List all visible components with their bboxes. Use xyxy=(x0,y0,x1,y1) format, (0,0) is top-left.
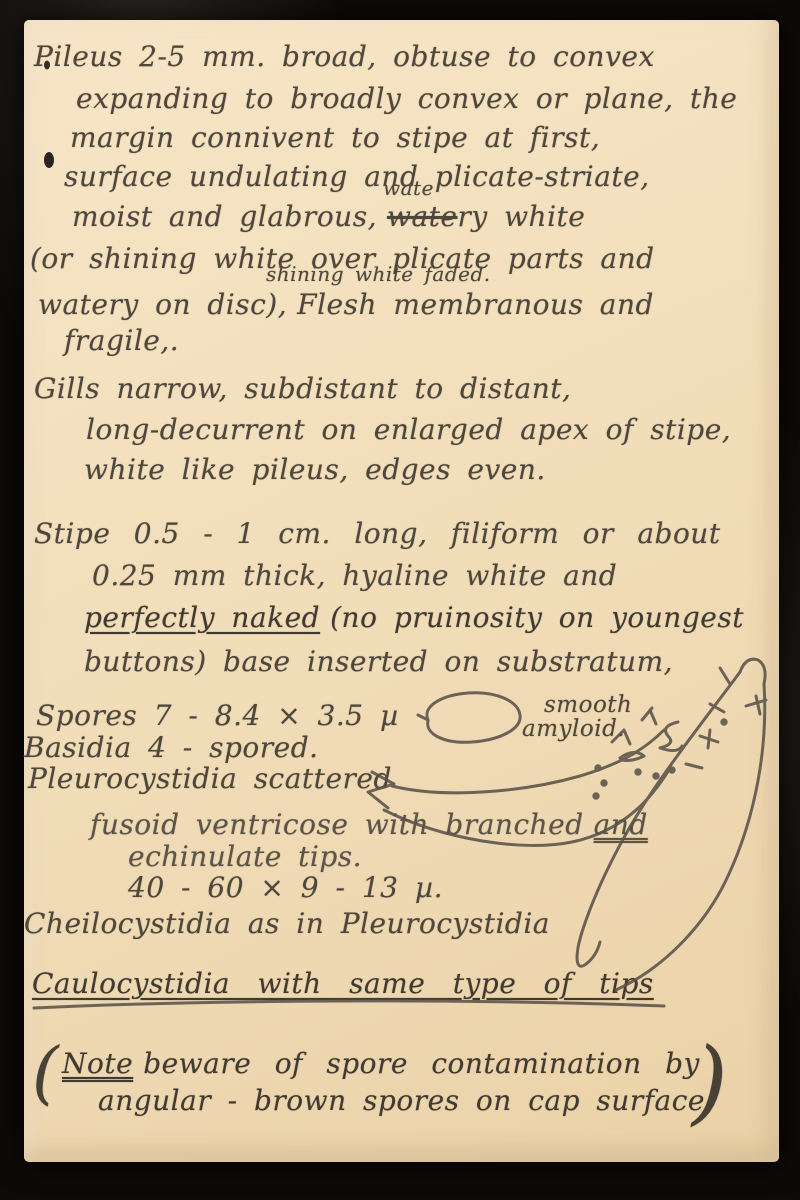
underlined-and: and xyxy=(594,808,648,841)
pileus-line-5: moist and glabrous,watewatery white xyxy=(72,200,585,233)
pileus-line-8: fragile,. xyxy=(64,324,179,357)
basidia-line: Basidia 4 - spored. xyxy=(24,731,319,764)
spore-sketch xyxy=(418,693,520,743)
spores-line: Spores 7 - 8.4 × 3.5 µ xyxy=(36,699,399,732)
stipe-line-3-rest: (no pruinosity on youngest xyxy=(330,601,744,634)
pileus-line-7-end: Flesh membranous and xyxy=(297,288,654,321)
pleurocystidia-line-1: Pleurocystidia scattered xyxy=(28,762,392,795)
pleurocystidia-line-4: 40 - 60 × 9 - 13 µ. xyxy=(128,871,443,904)
inserted-correction: wate xyxy=(383,176,434,200)
caulocystidia-underline-stroke xyxy=(34,1001,664,1008)
struck-word: watewate xyxy=(387,200,457,233)
gills-line-3: white like pileus, edges even. xyxy=(84,453,546,486)
gills-line-1: Gills narrow, subdistant to distant, xyxy=(34,372,571,405)
stipe-line-3: perfectly naked(no pruinosity on younges… xyxy=(84,601,744,634)
pileus-line-7-text: watery on disc), xyxy=(38,288,287,321)
spore-label-smooth: smooth xyxy=(544,692,632,718)
underlined-note-word: Note xyxy=(62,1047,133,1080)
close-paren: ) xyxy=(692,1028,728,1135)
pileus-line-2: expanding to broadly convex or plane, th… xyxy=(76,82,737,115)
spore-label-amyloid: amyloid. xyxy=(522,716,625,742)
pileus-line-5-end: ry white xyxy=(457,200,585,233)
inserted-note: shining white faded. xyxy=(266,262,491,286)
open-paren: ( xyxy=(32,1034,59,1113)
pileus-line-3: margin connivent to stipe at first, xyxy=(70,121,600,154)
stipe-line-1: Stipe 0.5 - 1 cm. long, filiform or abou… xyxy=(34,517,721,550)
pleurocystidia-line-3: echinulate tips. xyxy=(128,840,362,873)
underlined-phrase: perfectly naked xyxy=(84,601,320,634)
note-card: Pileus 2-5 mm. broad, obtuse to convex e… xyxy=(24,20,779,1162)
caulocystidia-line: Caulocystidia with same type of tips xyxy=(32,967,654,1000)
gills-line-2: long-decurrent on enlarged apex of stipe… xyxy=(86,413,731,446)
pileus-line-5-text: moist and glabrous, xyxy=(72,200,377,233)
note-line-1-rest: beware of spore contamination by xyxy=(143,1047,700,1080)
pleurocystidia-line-2: fusoid ventricose with branchedand xyxy=(90,808,648,841)
cheilocystidia-line: Cheilocystidia as in Pleurocystidia xyxy=(24,907,550,940)
pileus-line-4: surface undulating and plicate-striate, xyxy=(64,160,650,193)
note-line-1: Notebeware of spore contamination by xyxy=(62,1047,700,1080)
pleurocystidia-line-2-text: fusoid ventricose with branched xyxy=(90,808,584,841)
pileus-line-1: Pileus 2-5 mm. broad, obtuse to convex xyxy=(34,40,655,73)
stipe-line-2: 0.25 mm thick, hyaline white and xyxy=(92,559,617,592)
pileus-line-7: watery on disc),shining white faded.Fles… xyxy=(38,288,654,321)
stipe-line-4: buttons) base inserted on substratum, xyxy=(84,645,673,678)
note-line-2: angular - brown spores on cap surface xyxy=(98,1084,705,1117)
card-specks xyxy=(44,61,54,169)
